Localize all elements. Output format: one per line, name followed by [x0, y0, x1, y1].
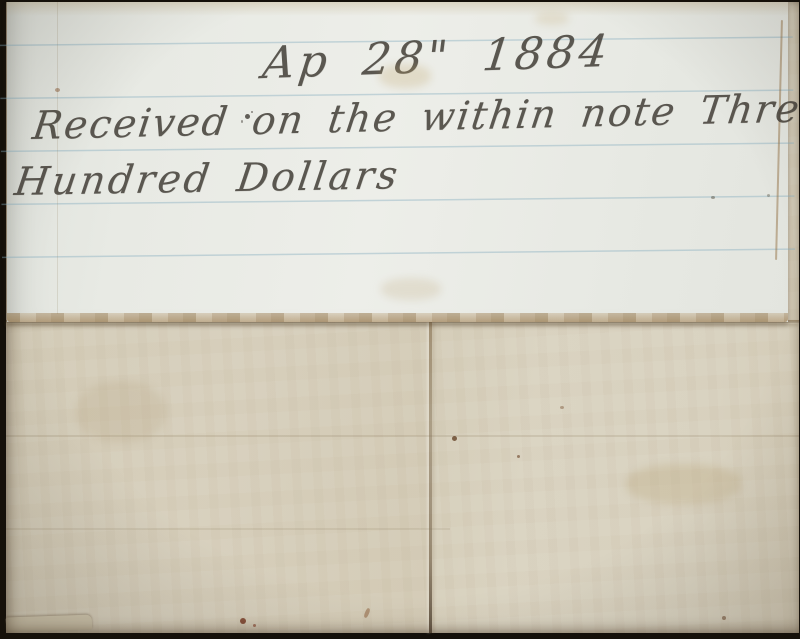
- document-photo: Ap 28" 1884 Received on the within note …: [0, 0, 800, 639]
- handwritten-line-1: Received on the within note Three: [30, 86, 800, 149]
- faint-crease: [6, 528, 450, 530]
- torn-paper-fragment: [6, 615, 92, 633]
- stain: [7, 2, 788, 16]
- ink-speck: [767, 194, 770, 197]
- vertical-fold-crease: [429, 322, 432, 633]
- handwritten-line-2: Hundred Dollars: [12, 153, 403, 205]
- ink-speck: [711, 196, 715, 199]
- lined-note-sheet: Ap 28" 1884 Received on the within note …: [7, 2, 788, 322]
- stain: [381, 278, 441, 300]
- faint-crease: [57, 2, 58, 314]
- deckled-bottom-edge: [7, 313, 788, 322]
- handwritten-date: Ap 28" 1884: [260, 26, 614, 89]
- faint-crease: [6, 435, 799, 437]
- stain: [535, 12, 569, 25]
- torn-edge: [775, 20, 783, 260]
